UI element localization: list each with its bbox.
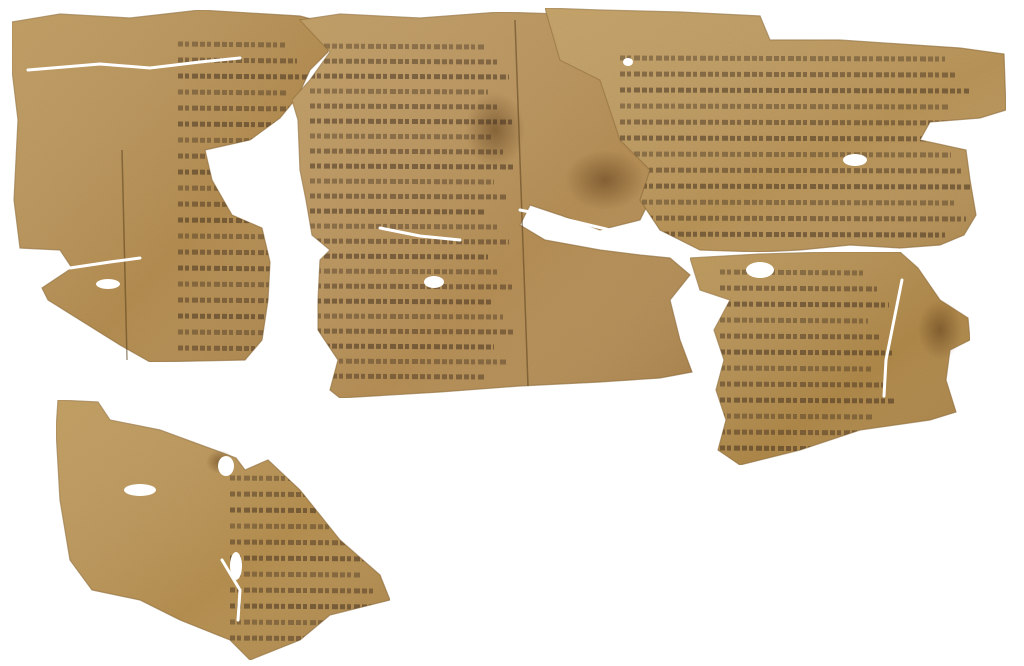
fragment-shading [56,400,390,660]
hole [230,552,242,580]
hole [96,279,120,289]
hole [746,262,774,278]
hole [218,456,234,476]
stain-mark [465,92,525,168]
stain-mark [565,150,645,210]
hole [843,154,867,166]
fragments-canvas [0,0,1024,666]
hole [623,58,633,66]
hole [124,484,156,496]
manuscript-photo: Manuscript fragments on white background… [0,0,1024,666]
hole [424,276,444,288]
stain-mark [918,300,962,360]
